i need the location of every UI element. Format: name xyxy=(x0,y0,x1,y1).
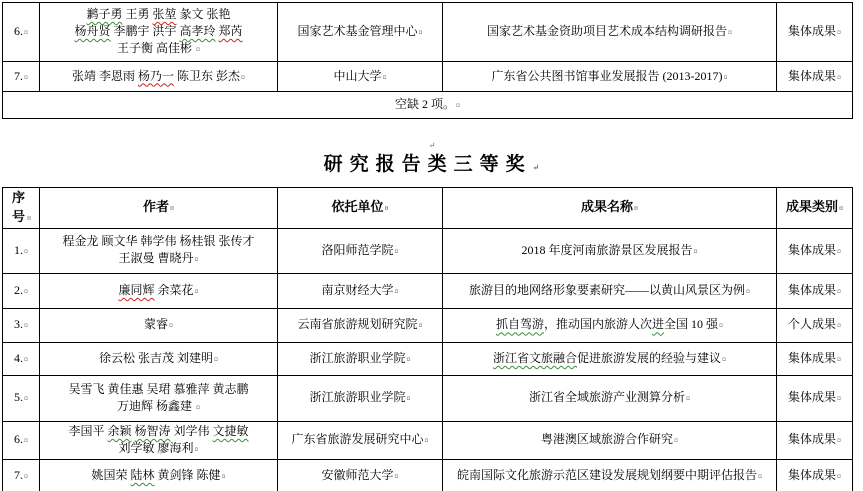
text-run: 旅游目的地网络形象要素研究——以黄山风景区为例 xyxy=(469,283,745,297)
end-of-cell-mark: ¤ xyxy=(169,321,173,330)
end-of-cell-mark: ¤ xyxy=(419,321,423,330)
table-row: 5.¤吴雪飞 黄佳惠 吴珺 慕雅萍 黄志鹏万迪辉 杨鑫建 ¤浙江旅游职业学院¤浙… xyxy=(3,375,853,421)
table-row: 4.¤徐云松 张吉茂 刘建明¤浙江旅游职业学院¤浙江省文旅融合促进旅游发展的经验… xyxy=(3,342,853,375)
author-line: 徐云松 张吉茂 刘建明¤ xyxy=(42,350,275,368)
vacancy-row: 空缺 2 项。¤ xyxy=(3,92,853,119)
section-title: 研究报告类三等奖↵ xyxy=(0,151,863,179)
end-of-cell-mark: ¤ xyxy=(837,247,841,256)
cell-sequence-number: 1.¤ xyxy=(3,228,40,273)
cell-authors: 吴雪飞 黄佳惠 吴珺 慕雅萍 黄志鹏万迪辉 杨鑫建 ¤ xyxy=(40,375,278,421)
text-run: 抓自驾游 xyxy=(496,317,544,331)
text-run: ，推动国内旅游人次 xyxy=(544,317,652,331)
header-authors: 作者¤ xyxy=(40,188,278,229)
text-run: 杨舟贤 xyxy=(74,24,110,38)
cell-institution: 浙江旅游职业学院¤ xyxy=(278,375,443,421)
text-run: 郑芮 xyxy=(219,24,243,38)
end-of-cell-mark: ¤ xyxy=(837,436,841,445)
header-achievement-name: 成果名称¤ xyxy=(443,188,777,229)
text-run: 鹣子勇 xyxy=(86,7,122,21)
end-of-cell-mark: ¤ xyxy=(24,436,28,445)
award-table-continued: 6.¤鹣子勇 王勇 张堃 彖文 张艳杨舟贤 李鹏宇 洪宇 高孝玲 郑芮王子衡 高… xyxy=(2,2,853,119)
text-run: 万迪辉 杨鑫建 xyxy=(117,399,195,413)
cell-sequence-number: 6.¤ xyxy=(3,421,40,459)
text-run: 国家艺术基金资助项目艺术成本结构调研报告 xyxy=(487,24,727,38)
text-run: 杨乃一 xyxy=(138,69,174,83)
end-of-cell-mark: ¤ xyxy=(456,101,460,110)
author-line: 张靖 李恩雨 杨乃一 陈卫东 彭杰¤ xyxy=(42,68,275,86)
author-line: 王子衡 高佳彬 ¤ xyxy=(42,40,275,58)
end-of-cell-mark: ¤ xyxy=(724,73,728,82)
cell-sequence-number: 7.¤ xyxy=(3,62,40,92)
end-of-cell-mark: ¤ xyxy=(170,204,174,213)
text-run: 王淑曼 曹晓丹 xyxy=(118,251,193,265)
cell-authors: 蒙睿¤ xyxy=(40,308,278,342)
text-run: 刘学伟 xyxy=(171,424,213,438)
text-run: 粤港澳区域旅游合作研究 xyxy=(541,432,673,446)
cell-category: 集体成果¤ xyxy=(777,421,853,459)
end-of-cell-mark: ¤ xyxy=(24,394,28,403)
text-run: 文捷敏 xyxy=(213,424,249,438)
end-of-cell-mark: ¤ xyxy=(241,73,245,82)
header-achievement-name-text: 成果名称 xyxy=(581,199,633,214)
end-of-cell-mark: ¤ xyxy=(24,472,28,481)
end-of-cell-mark: ¤ xyxy=(395,247,399,256)
author-line: 李国平 余颖 杨智涛 刘学伟 文捷敏 xyxy=(42,423,275,440)
table-row: 6.¤鹣子勇 王勇 张堃 彖文 张艳杨舟贤 李鹏宇 洪宇 高孝玲 郑芮王子衡 高… xyxy=(3,3,853,62)
end-of-cell-mark: ¤ xyxy=(837,355,841,364)
end-of-cell-mark: ¤ xyxy=(728,28,732,37)
table-row: 3.¤蒙睿¤云南省旅游规划研究院¤抓自驾游，推动国内旅游人次进全国 10 强¤个… xyxy=(3,308,853,342)
end-of-cell-mark: ¤ xyxy=(195,445,199,454)
cell-category: 集体成果¤ xyxy=(777,62,853,92)
empty-paragraph: ↵ xyxy=(0,135,863,149)
cell-achievement-name: 皖南国际文化旅游示范区建设发展规划纲要中期评估报告¤ xyxy=(443,459,777,491)
text-run: 王子衡 高佳彬 xyxy=(117,41,195,55)
end-of-cell-mark: ¤ xyxy=(837,472,841,481)
text-run: 徐云松 张吉茂 刘建明 xyxy=(99,351,213,365)
end-of-cell-mark: ¤ xyxy=(837,73,841,82)
text-run: 进 xyxy=(652,317,664,331)
text-run: 杨智涛 xyxy=(134,424,170,438)
end-of-cell-mark: ¤ xyxy=(425,436,429,445)
text-run: 彖文 张艳 xyxy=(177,7,231,21)
text-run: 蒙睿 xyxy=(144,317,168,331)
text-run: 王勇 xyxy=(122,7,152,21)
end-of-cell-mark: ¤ xyxy=(686,394,690,403)
end-of-cell-mark: ¤ xyxy=(419,28,423,37)
text-run: 皖南国际文化旅游示范区建设发展规划纲要中期评估报告 xyxy=(457,468,757,482)
header-sequence: 序号¤ xyxy=(3,188,40,229)
text-run: 余菜花 xyxy=(155,283,194,297)
text-run: 刘学敏 廖海利 xyxy=(118,441,193,455)
end-of-cell-mark: ¤ xyxy=(694,247,698,256)
end-of-cell-mark: ¤ xyxy=(395,472,399,481)
end-of-cell-mark: ¤ xyxy=(837,394,841,403)
cell-category: 集体成果¤ xyxy=(777,342,853,375)
document-page: 6.¤鹣子勇 王勇 张堃 彖文 张艳杨舟贤 李鹏宇 洪宇 高孝玲 郑芮王子衡 高… xyxy=(0,0,863,491)
header-category-text: 成果类别 xyxy=(786,199,838,214)
cell-institution: 南京财经大学¤ xyxy=(278,273,443,308)
author-line: 刘学敏 廖海利¤ xyxy=(42,440,275,458)
cell-sequence-number: 4.¤ xyxy=(3,342,40,375)
text-run: 程金龙 顾文华 韩学伟 杨桂银 张传才 xyxy=(62,234,254,248)
cell-category: 个人成果¤ xyxy=(777,308,853,342)
end-of-cell-mark: ¤ xyxy=(837,28,841,37)
cell-institution: 安徽师范大学¤ xyxy=(278,459,443,491)
end-of-cell-mark: ¤ xyxy=(196,45,200,54)
cell-sequence-number: 2.¤ xyxy=(3,273,40,308)
cell-sequence-number: 6.¤ xyxy=(3,3,40,62)
author-line: 鹣子勇 王勇 张堃 彖文 张艳 xyxy=(42,6,275,23)
text-run: 2018 年度河南旅游景区发展报告 xyxy=(521,243,692,257)
end-of-cell-mark: ¤ xyxy=(24,73,28,82)
table-row: 7.¤姚国荣 陆林 黄剑锋 陈健¤安徽师范大学¤皖南国际文化旅游示范区建设发展规… xyxy=(3,459,853,491)
section-title-text: 研究报告类三等奖 xyxy=(324,154,532,175)
cell-category: 集体成果¤ xyxy=(777,3,853,62)
text-run: 张靖 李恩雨 xyxy=(72,69,138,83)
cell-category: 集体成果¤ xyxy=(777,459,853,491)
text-run: 廉同辉 xyxy=(118,283,154,297)
end-of-cell-mark: ¤ xyxy=(385,204,389,213)
text-run: 广东省公共图书馆事业发展报告 (2013-2017) xyxy=(492,69,723,83)
end-of-cell-mark: ¤ xyxy=(839,204,843,213)
text-run: 张堃 xyxy=(153,7,177,21)
end-of-cell-mark: ¤ xyxy=(722,355,726,364)
cell-category: 集体成果¤ xyxy=(777,375,853,421)
author-line: 万迪辉 杨鑫建 ¤ xyxy=(42,398,275,416)
cell-authors: 姚国荣 陆林 黄剑锋 陈健¤ xyxy=(40,459,278,491)
text-run: 吴雪飞 黄佳惠 吴珺 慕雅萍 黄志鹏 xyxy=(68,382,248,396)
end-of-cell-mark: ¤ xyxy=(222,472,226,481)
author-line: 王淑曼 曹晓丹¤ xyxy=(42,250,275,268)
end-of-cell-mark: ¤ xyxy=(24,321,28,330)
end-of-cell-mark: ¤ xyxy=(196,403,200,412)
cell-sequence-number: 5.¤ xyxy=(3,375,40,421)
text-run: 余颖 xyxy=(107,424,131,438)
end-of-cell-mark: ¤ xyxy=(407,355,411,364)
cell-achievement-name: 2018 年度河南旅游景区发展报告¤ xyxy=(443,228,777,273)
header-institution: 依托单位¤ xyxy=(278,188,443,229)
text-run: 浙江省文旅融合 xyxy=(493,351,577,365)
text-run: 浙江省全域旅游产业测算分析 xyxy=(529,390,685,404)
text-run: 黄剑锋 陈健 xyxy=(155,468,221,482)
paragraph-mark: ↵ xyxy=(533,163,540,172)
cell-achievement-name: 旅游目的地网络形象要素研究——以黄山风景区为例¤ xyxy=(443,273,777,308)
end-of-cell-mark: ¤ xyxy=(758,472,762,481)
cell-authors: 张靖 李恩雨 杨乃一 陈卫东 彭杰¤ xyxy=(40,62,278,92)
end-of-cell-mark: ¤ xyxy=(24,247,28,256)
cell-institution: 广东省旅游发展研究中心¤ xyxy=(278,421,443,459)
text-run: 李鹏宇 洪宇 xyxy=(110,24,179,38)
cell-authors: 徐云松 张吉茂 刘建明¤ xyxy=(40,342,278,375)
text-run: 李国平 xyxy=(68,424,107,438)
text-run: 姚国荣 xyxy=(91,468,130,482)
end-of-cell-mark: ¤ xyxy=(407,394,411,403)
end-of-cell-mark: ¤ xyxy=(24,287,28,296)
end-of-cell-mark: ¤ xyxy=(674,436,678,445)
header-authors-text: 作者 xyxy=(143,199,169,214)
end-of-cell-mark: ¤ xyxy=(746,287,750,296)
end-of-cell-mark: ¤ xyxy=(195,255,199,264)
header-institution-text: 依托单位 xyxy=(331,199,383,214)
end-of-cell-mark: ¤ xyxy=(634,204,638,213)
cell-achievement-name: 浙江省全域旅游产业测算分析¤ xyxy=(443,375,777,421)
award-table-header: 序号¤ 作者¤ 依托单位¤ 成果名称¤ 成果类别¤ xyxy=(3,188,853,229)
end-of-cell-mark: ¤ xyxy=(27,214,31,223)
author-line: 姚国荣 陆林 黄剑锋 陈健¤ xyxy=(42,467,275,485)
cell-achievement-name: 粤港澳区域旅游合作研究¤ xyxy=(443,421,777,459)
author-line: 杨舟贤 李鹏宇 洪宇 高孝玲 郑芮 xyxy=(42,23,275,40)
end-of-cell-mark: ¤ xyxy=(837,321,841,330)
paragraph-mark: ↵ xyxy=(429,141,436,150)
table-row: 6.¤李国平 余颖 杨智涛 刘学伟 文捷敏刘学敏 廖海利¤广东省旅游发展研究中心… xyxy=(3,421,853,459)
author-line: 蒙睿¤ xyxy=(42,316,275,334)
cell-achievement-name: 国家艺术基金资助项目艺术成本结构调研报告¤ xyxy=(443,3,777,62)
cell-sequence-number: 3.¤ xyxy=(3,308,40,342)
award-table-third-prize-body: 1.¤程金龙 顾文华 韩学伟 杨桂银 张传才王淑曼 曹晓丹¤洛阳师范学院¤201… xyxy=(3,228,853,491)
award-table-third-prize: 序号¤ 作者¤ 依托单位¤ 成果名称¤ 成果类别¤ 1.¤程金龙 顾文华 韩学伟… xyxy=(2,187,853,491)
cell-achievement-name: 广东省公共图书馆事业发展报告 (2013-2017)¤ xyxy=(443,62,777,92)
text-run: 高孝玲 xyxy=(180,24,216,38)
end-of-cell-mark: ¤ xyxy=(395,287,399,296)
author-line: 程金龙 顾文华 韩学伟 杨桂银 张传才 xyxy=(42,233,275,250)
text-run: 促进旅游发展的经验与建议 xyxy=(577,351,721,365)
table-row: 7.¤张靖 李恩雨 杨乃一 陈卫东 彭杰¤中山大学¤广东省公共图书馆事业发展报告… xyxy=(3,62,853,92)
header-row: 序号¤ 作者¤ 依托单位¤ 成果名称¤ 成果类别¤ xyxy=(3,188,853,229)
cell-institution: 浙江旅游职业学院¤ xyxy=(278,342,443,375)
text-run: 陈卫东 彭杰 xyxy=(174,69,240,83)
end-of-cell-mark: ¤ xyxy=(195,287,199,296)
cell-institution: 中山大学¤ xyxy=(278,62,443,92)
end-of-cell-mark: ¤ xyxy=(24,355,28,364)
end-of-cell-mark: ¤ xyxy=(383,73,387,82)
text-run: 全国 10 强 xyxy=(664,317,718,331)
cell-authors: 廉同辉 余菜花¤ xyxy=(40,273,278,308)
end-of-cell-mark: ¤ xyxy=(837,287,841,296)
author-line: 廉同辉 余菜花¤ xyxy=(42,282,275,300)
author-line: 吴雪飞 黄佳惠 吴珺 慕雅萍 黄志鹏 xyxy=(42,381,275,398)
end-of-cell-mark: ¤ xyxy=(24,28,28,37)
cell-authors: 程金龙 顾文华 韩学伟 杨桂银 张传才王淑曼 曹晓丹¤ xyxy=(40,228,278,273)
end-of-cell-mark: ¤ xyxy=(214,355,218,364)
vacancy-note-cell: 空缺 2 项。¤ xyxy=(3,92,853,119)
cell-category: 集体成果¤ xyxy=(777,228,853,273)
cell-institution: 国家艺术基金管理中心¤ xyxy=(278,3,443,62)
cell-authors: 鹣子勇 王勇 张堃 彖文 张艳杨舟贤 李鹏宇 洪宇 高孝玲 郑芮王子衡 高佳彬 … xyxy=(40,3,278,62)
table-row: 1.¤程金龙 顾文华 韩学伟 杨桂银 张传才王淑曼 曹晓丹¤洛阳师范学院¤201… xyxy=(3,228,853,273)
header-sequence-text: 序号 xyxy=(11,189,26,227)
cell-institution: 云南省旅游规划研究院¤ xyxy=(278,308,443,342)
cell-authors: 李国平 余颖 杨智涛 刘学伟 文捷敏刘学敏 廖海利¤ xyxy=(40,421,278,459)
cell-sequence-number: 7.¤ xyxy=(3,459,40,491)
header-category: 成果类别¤ xyxy=(777,188,853,229)
text-run: 陆林 xyxy=(130,468,154,482)
cell-category: 集体成果¤ xyxy=(777,273,853,308)
cell-achievement-name: 浙江省文旅融合促进旅游发展的经验与建议¤ xyxy=(443,342,777,375)
table-row: 2.¤廉同辉 余菜花¤南京财经大学¤旅游目的地网络形象要素研究——以黄山风景区为… xyxy=(3,273,853,308)
cell-achievement-name: 抓自驾游，推动国内旅游人次进全国 10 强¤ xyxy=(443,308,777,342)
end-of-cell-mark: ¤ xyxy=(719,321,723,330)
cell-institution: 洛阳师范学院¤ xyxy=(278,228,443,273)
award-table-continued-body: 6.¤鹣子勇 王勇 张堃 彖文 张艳杨舟贤 李鹏宇 洪宇 高孝玲 郑芮王子衡 高… xyxy=(3,3,853,119)
